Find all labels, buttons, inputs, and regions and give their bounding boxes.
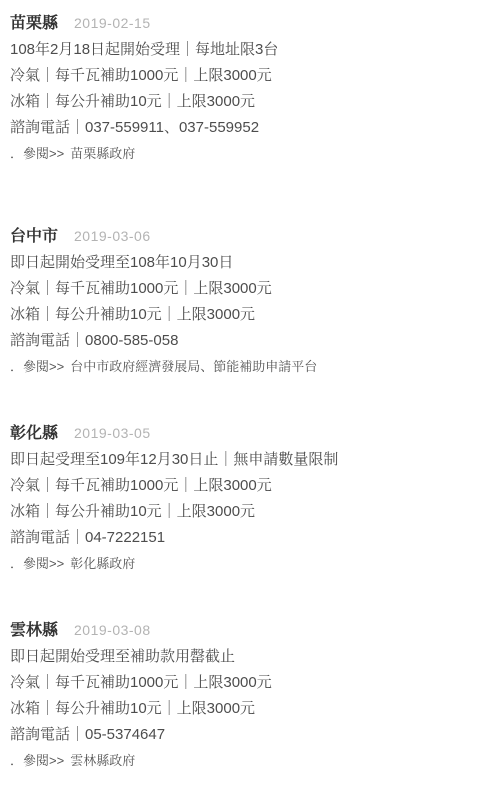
reference-prefix: ．參閱>> [10,359,64,374]
acceptance-period-line: 即日起受理至109年12月30日止｜無申請數量限制 [10,447,488,473]
section-header: 彰化縣2019-03-05 [10,420,488,447]
county-name: 雲林縣 [10,622,58,639]
phone-line: 諮詢電話｜04-7222151 [10,525,488,551]
fridge-subsidy-line: 冰箱｜每公升補助10元｜上限3000元 [10,302,488,328]
section-header: 苗栗縣2019-02-15 [10,10,488,37]
county-name: 台中市 [10,228,58,245]
reference-link-yunlin-gov[interactable]: 雲林縣政府 [70,753,135,768]
reference-link-energy-subsidy-platform[interactable]: 節能補助申請平台 [213,359,317,374]
subsidy-announcement-list: 苗栗縣2019-02-15 108年2月18日起開始受理｜每地址限3台 冷氣｜每… [0,0,500,793]
reference-line: ．參閱>>彰化縣政府 [10,551,488,577]
reference-line: ．參閱>>苗栗縣政府 [10,141,488,167]
reference-line: ．參閱>>雲林縣政府 [10,748,488,774]
fridge-subsidy-line: 冰箱｜每公升補助10元｜上限3000元 [10,499,488,525]
reference-prefix: ．參閱>> [10,556,64,571]
acceptance-period-line: 即日起開始受理至補助款用罄截止 [10,644,488,670]
phone-line: 諮詢電話｜0800-585-058 [10,328,488,354]
reference-line: ．參閱>>台中市政府經濟發展局、節能補助申請平台 [10,354,488,380]
section-changhua: 彰化縣2019-03-05 即日起受理至109年12月30日止｜無申請數量限制 … [10,420,488,577]
reference-link-taichung-econ-bureau[interactable]: 台中市政府經濟發展局 [70,359,200,374]
acceptance-period-line: 108年2月18日起開始受理｜每地址限3台 [10,37,488,63]
ac-subsidy-line: 冷氣｜每千瓦補助1000元｜上限3000元 [10,63,488,89]
reference-prefix: ．參閱>> [10,753,64,768]
reference-link-miaoli-gov[interactable]: 苗栗縣政府 [70,146,135,161]
post-date: 2019-03-05 [74,425,151,441]
section-header: 台中市2019-03-06 [10,223,488,250]
post-date: 2019-02-15 [74,15,151,31]
ac-subsidy-line: 冷氣｜每千瓦補助1000元｜上限3000元 [10,670,488,696]
phone-line: 諮詢電話｜037-559911、037-559952 [10,115,488,141]
section-miaoli: 苗栗縣2019-02-15 108年2月18日起開始受理｜每地址限3台 冷氣｜每… [10,10,488,167]
county-name: 彰化縣 [10,425,58,442]
phone-line: 諮詢電話｜05-5374647 [10,722,488,748]
reference-separator: 、 [200,359,213,374]
reference-prefix: ．參閱>> [10,146,64,161]
fridge-subsidy-line: 冰箱｜每公升補助10元｜上限3000元 [10,696,488,722]
acceptance-period-line: 即日起開始受理至108年10月30日 [10,250,488,276]
post-date: 2019-03-06 [74,228,151,244]
section-yunlin: 雲林縣2019-03-08 即日起開始受理至補助款用罄截止 冷氣｜每千瓦補助10… [10,617,488,774]
ac-subsidy-line: 冷氣｜每千瓦補助1000元｜上限3000元 [10,276,488,302]
section-header: 雲林縣2019-03-08 [10,617,488,644]
ac-subsidy-line: 冷氣｜每千瓦補助1000元｜上限3000元 [10,473,488,499]
county-name: 苗栗縣 [10,15,58,32]
post-date: 2019-03-08 [74,622,151,638]
section-taichung: 台中市2019-03-06 即日起開始受理至108年10月30日 冷氣｜每千瓦補… [10,223,488,380]
fridge-subsidy-line: 冰箱｜每公升補助10元｜上限3000元 [10,89,488,115]
reference-link-changhua-gov[interactable]: 彰化縣政府 [70,556,135,571]
